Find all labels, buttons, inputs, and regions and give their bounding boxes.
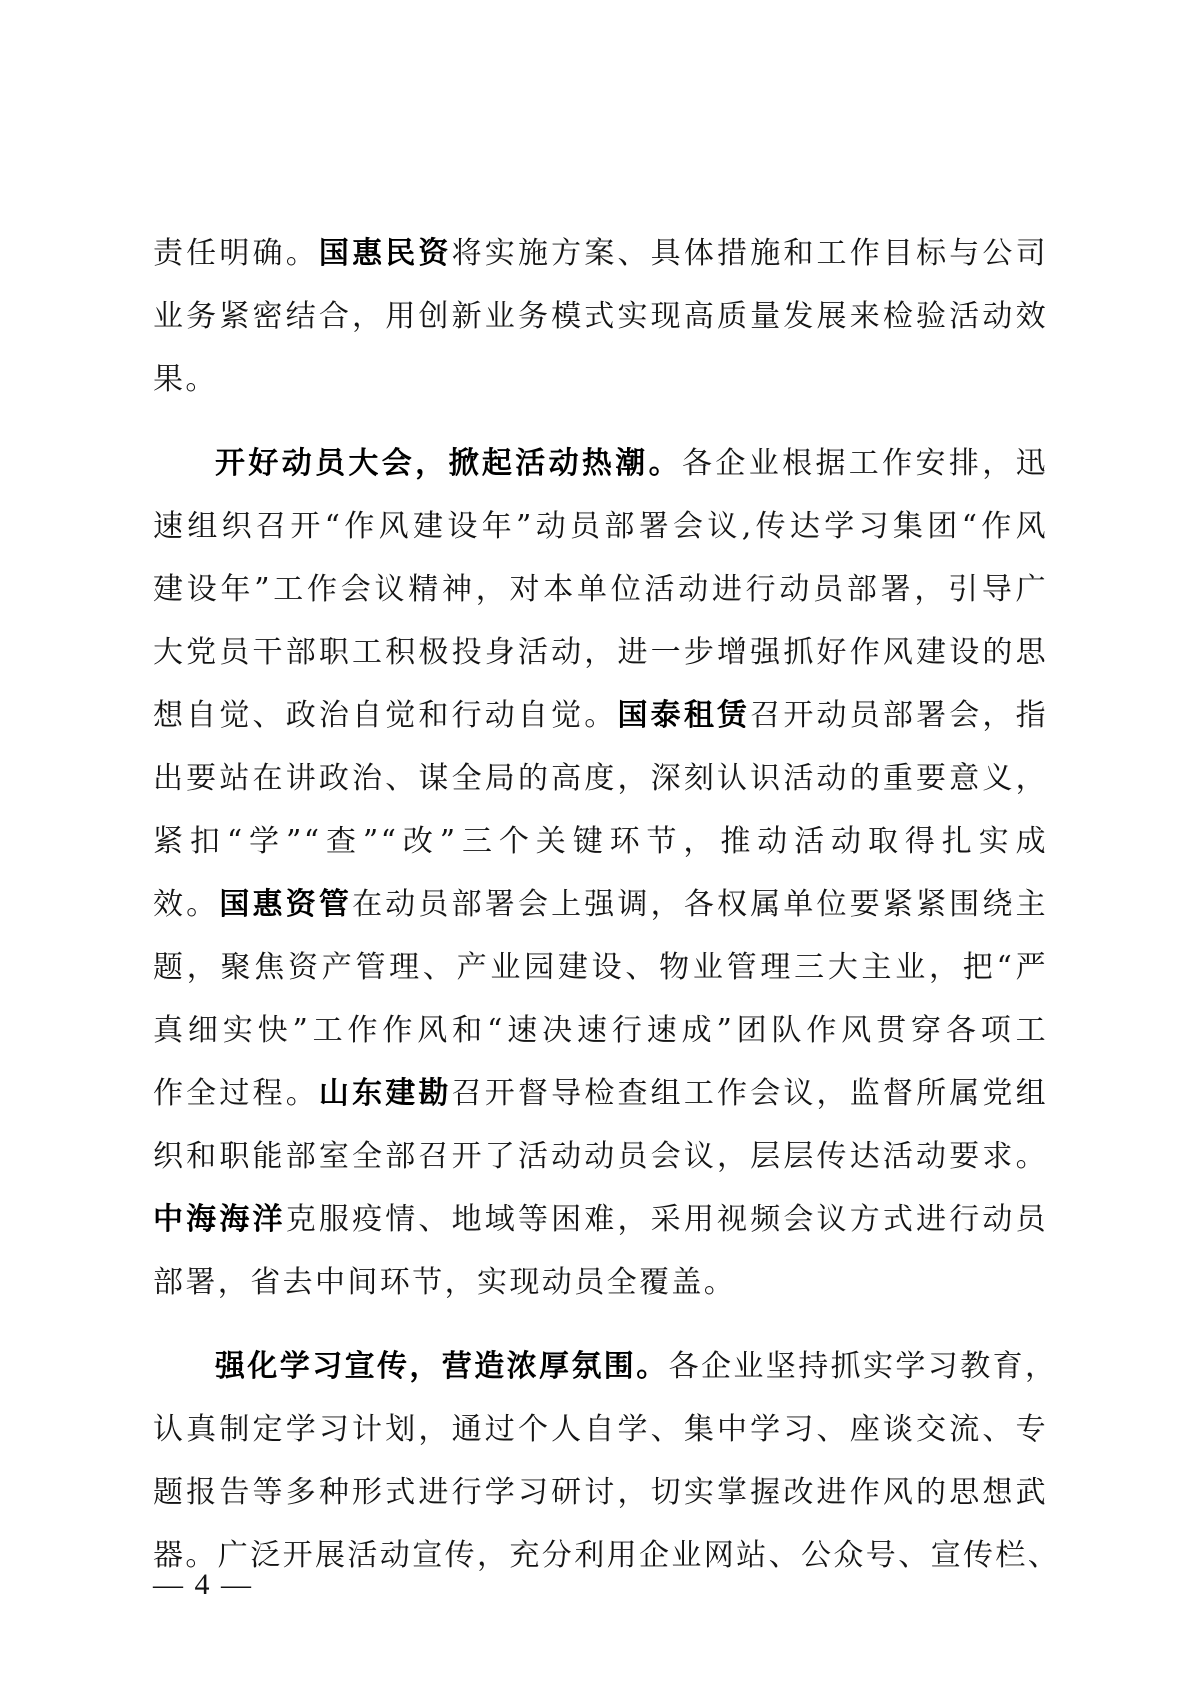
text-line: 器。广泛开展活动宣传，充分利用企业网站、公众号、宣传栏、 (153, 1524, 1048, 1587)
text-line: 想自觉、政治自觉和行动自觉。国泰租赁召开动员部署会，指 (153, 684, 1048, 747)
paragraph-heading: 开好动员大会，掀起活动热潮。 (215, 446, 682, 481)
text-line: 作全过程。山东建勘召开督导检查组工作会议，监督所属党组 (153, 1062, 1048, 1125)
paragraph-3: 强化学习宣传，营造浓厚氛围。各企业坚持抓实学习教育， 认真制定学习计划，通过个人… (153, 1335, 1048, 1587)
text-line: 速组织召开“作风建设年”动员部署会议,传达学习集团“作风 (153, 495, 1048, 558)
text-line: 织和职能部室全部召开了活动动员会议，层层传达活动要求。 (153, 1125, 1048, 1188)
document-page: 责任明确。国惠民资将实施方案、具体措施和工作目标与公司 业务紧密结合，用创新业务… (0, 0, 1200, 1697)
text-line: 业务紧密结合，用创新业务模式实现高质量发展来检验活动效 (153, 285, 1048, 348)
text-line: 真细实快”工作作风和“速决速行速成”团队作风贯穿各项工 (153, 999, 1048, 1062)
text-line: 果。 (153, 348, 1048, 411)
paragraph-gap (153, 1314, 1048, 1335)
paragraph-gap (153, 411, 1048, 432)
company-name-shandong-jiankan: 山东建勘 (319, 1076, 452, 1111)
text-line: 出要站在讲政治、谋全局的高度，深刻认识活动的重要意义， (153, 747, 1048, 810)
document-body: 责任明确。国惠民资将实施方案、具体措施和工作目标与公司 业务紧密结合，用创新业务… (153, 222, 1048, 1587)
text-line: 责任明确。国惠民资将实施方案、具体措施和工作目标与公司 (153, 222, 1048, 285)
text-line: 中海海洋克服疫情、地域等困难，采用视频会议方式进行动员 (153, 1188, 1048, 1251)
paragraph-heading: 强化学习宣传，营造浓厚氛围。 (215, 1349, 669, 1384)
text-line: 认真制定学习计划，通过个人自学、集中学习、座谈交流、专 (153, 1398, 1048, 1461)
text-line: 紧扣“学”“查”“改”三个关键环节，推动活动取得扎实成 (153, 810, 1048, 873)
text-line: 题，聚焦资产管理、产业园建设、物业管理三大主业，把“严 (153, 936, 1048, 999)
paragraph-2: 开好动员大会，掀起活动热潮。各企业根据工作安排，迅 速组织召开“作风建设年”动员… (153, 432, 1048, 1314)
text-line: 题报告等多种形式进行学习研讨，切实掌握改进作风的思想武 (153, 1461, 1048, 1524)
text-line: 大党员干部职工积极投身活动，进一步增强抓好作风建设的思 (153, 621, 1048, 684)
text-line: 部署，省去中间环节，实现动员全覆盖。 (153, 1251, 1048, 1314)
page-number: — 4 — (153, 1565, 253, 1605)
text-line: 强化学习宣传，营造浓厚氛围。各企业坚持抓实学习教育， (153, 1335, 1048, 1398)
company-name-guohui-ziguan: 国惠资管 (219, 887, 352, 922)
company-name-guohui-minzi: 国惠民资 (319, 236, 452, 271)
text-line: 效。国惠资管在动员部署会上强调，各权属单位要紧紧围绕主 (153, 873, 1048, 936)
text-line: 建设年”工作会议精神，对本单位活动进行动员部署，引导广 (153, 558, 1048, 621)
company-name-guotai-zulin: 国泰租赁 (617, 698, 750, 733)
company-name-zhonghai-haiyang: 中海海洋 (153, 1202, 286, 1237)
paragraph-1: 责任明确。国惠民资将实施方案、具体措施和工作目标与公司 业务紧密结合，用创新业务… (153, 222, 1048, 411)
text-line: 开好动员大会，掀起活动热潮。各企业根据工作安排，迅 (153, 432, 1048, 495)
